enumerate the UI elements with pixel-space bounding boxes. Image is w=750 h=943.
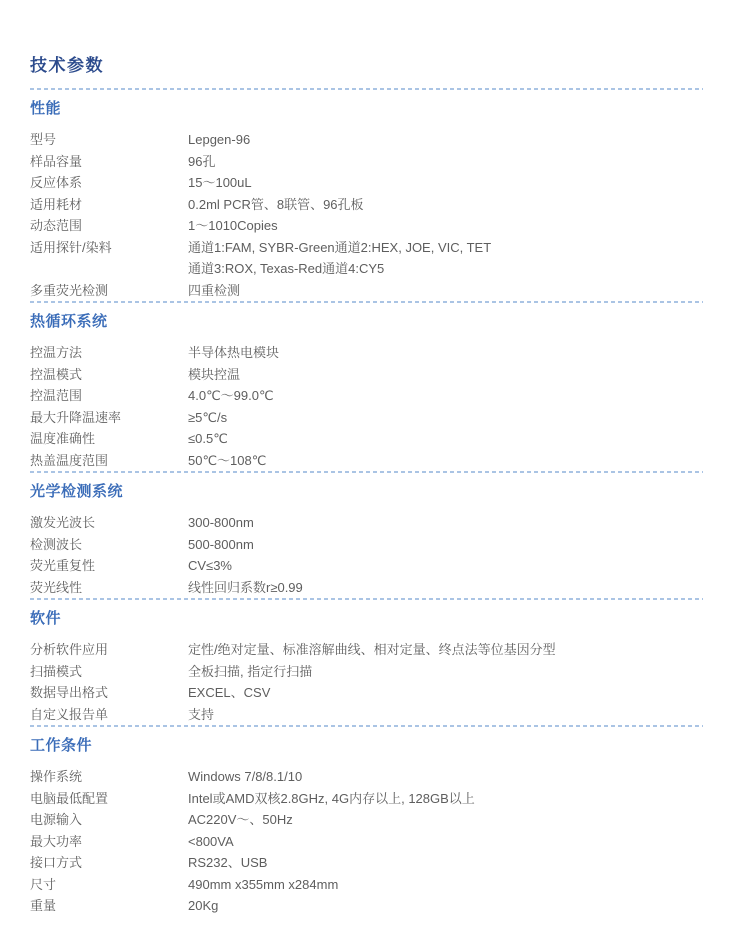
spec-value: Lepgen-96 [188,129,720,151]
spec-value: 500-800nm [188,534,720,556]
spec-label: 温度准确性 [30,428,188,450]
spec-rows: 操作系统Windows 7/8/8.1/10电脑最低配置Intel或AMD双核2… [30,766,720,917]
spec-row: 尺寸490mm x355mm x284mm [30,874,720,896]
spec-label: 型号 [30,129,188,151]
section-heading: 软件 [30,609,720,629]
spec-row: 接口方式RS232、USB [30,852,720,874]
spec-row: 温度准确性≤0.5℃ [30,428,720,450]
spec-label: 操作系统 [30,766,188,788]
spec-label: 热盖温度范围 [30,450,188,472]
section-divider [30,725,703,727]
spec-row: 操作系统Windows 7/8/8.1/10 [30,766,720,788]
spec-row: 适用耗材0.2ml PCR管、8联管、96孔板 [30,194,720,216]
spec-section: 软件分析软件应用定性/绝对定量、标准溶解曲线、相对定量、终点法等位基因分型扫描模… [30,609,720,725]
spec-label: 自定义报告单 [30,704,188,726]
spec-value: <800VA [188,831,720,853]
spec-value: ≤0.5℃ [188,428,720,450]
section-heading: 热循环系统 [30,312,720,332]
spec-row: 多重荧光检测四重检测 [30,280,720,302]
section-divider [30,598,703,600]
spec-row: 反应体系15～100uL [30,172,720,194]
title-divider [30,88,703,90]
spec-row: 控温模式模块控温 [30,364,720,386]
spec-label: 尺寸 [30,874,188,896]
spec-value: ≥5℃/s [188,407,720,429]
spec-value: 模块控温 [188,364,720,386]
spec-value: 0.2ml PCR管、8联管、96孔板 [188,194,720,216]
section-divider [30,471,703,473]
spec-value: 线性回归系数r≥0.99 [188,577,720,599]
spec-value: 490mm x355mm x284mm [188,874,720,896]
spec-value: 支持 [188,704,720,726]
spec-value: AC220V～、50Hz [188,809,720,831]
spec-value: 定性/绝对定量、标准溶解曲线、相对定量、终点法等位基因分型 [188,639,720,661]
spec-row: 动态范围1～1010Copies [30,215,720,237]
spec-value: 15～100uL [188,172,720,194]
spec-label: 扫描模式 [30,661,188,683]
spec-row: 荧光重复性CV≤3% [30,555,720,577]
section-heading: 光学检测系统 [30,482,720,502]
spec-label: 反应体系 [30,172,188,194]
spec-label: 控温范围 [30,385,188,407]
spec-label: 荧光重复性 [30,555,188,577]
spec-label: 样品容量 [30,151,188,173]
spec-rows: 分析软件应用定性/绝对定量、标准溶解曲线、相对定量、终点法等位基因分型扫描模式全… [30,639,720,725]
spec-section: 光学检测系统激发光波长300-800nm检测波长500-800nm荧光重复性CV… [30,482,720,598]
spec-row: 激发光波长300-800nm [30,512,720,534]
spec-value: Windows 7/8/8.1/10 [188,766,720,788]
spec-rows: 型号Lepgen-96样品容量96孔反应体系15～100uL适用耗材0.2ml … [30,129,720,301]
spec-row: 自定义报告单支持 [30,704,720,726]
spec-label: 控温模式 [30,364,188,386]
spec-label: 检测波长 [30,534,188,556]
spec-label: 适用探针/染料 [30,237,188,259]
spec-label: 数据导出格式 [30,682,188,704]
spec-value: 全板扫描, 指定行扫描 [188,661,720,683]
spec-value: 半导体热电模块 [188,342,720,364]
spec-page: 技术参数 性能型号Lepgen-96样品容量96孔反应体系15～100uL适用耗… [0,0,750,917]
spec-value: 1～1010Copies [188,215,720,237]
spec-label: 激发光波长 [30,512,188,534]
spec-label: 控温方法 [30,342,188,364]
spec-value: Intel或AMD双核2.8GHz, 4G内存以上, 128GB以上 [188,788,720,810]
spec-row: 扫描模式全板扫描, 指定行扫描 [30,661,720,683]
spec-value: 4.0℃～99.0℃ [188,385,720,407]
spec-section: 工作条件操作系统Windows 7/8/8.1/10电脑最低配置Intel或AM… [30,736,720,917]
spec-row: 荧光线性线性回归系数r≥0.99 [30,577,720,599]
spec-row: 检测波长500-800nm [30,534,720,556]
spec-label: 分析软件应用 [30,639,188,661]
spec-value: 300-800nm [188,512,720,534]
spec-label: 动态范围 [30,215,188,237]
spec-row: 最大功率<800VA [30,831,720,853]
spec-row: 电源输入AC220V～、50Hz [30,809,720,831]
spec-row: 热盖温度范围50℃～108℃ [30,450,720,472]
spec-value: RS232、USB [188,852,720,874]
section-heading: 工作条件 [30,736,720,756]
section-divider [30,301,703,303]
spec-label: 多重荧光检测 [30,280,188,302]
spec-label: 适用耗材 [30,194,188,216]
spec-label: 接口方式 [30,852,188,874]
section-heading: 性能 [30,99,720,119]
spec-rows: 控温方法半导体热电模块控温模式模块控温控温范围4.0℃～99.0℃最大升降温速率… [30,342,720,471]
spec-label: 最大升降温速率 [30,407,188,429]
spec-label: 电脑最低配置 [30,788,188,810]
spec-label: 荧光线性 [30,577,188,599]
spec-row: 样品容量96孔 [30,151,720,173]
spec-label: 最大功率 [30,831,188,853]
spec-row: 分析软件应用定性/绝对定量、标准溶解曲线、相对定量、终点法等位基因分型 [30,639,720,661]
spec-section: 热循环系统控温方法半导体热电模块控温模式模块控温控温范围4.0℃～99.0℃最大… [30,312,720,471]
spec-value: 50℃～108℃ [188,450,720,472]
spec-value: 通道1:FAM, SYBR-Green通道2:HEX, JOE, VIC, TE… [188,237,720,280]
spec-value: 20Kg [188,895,720,917]
page-title: 技术参数 [30,55,720,77]
spec-value: 四重检测 [188,280,720,302]
spec-label: 重量 [30,895,188,917]
spec-row: 数据导出格式EXCEL、CSV [30,682,720,704]
spec-row: 型号Lepgen-96 [30,129,720,151]
spec-row: 电脑最低配置Intel或AMD双核2.8GHz, 4G内存以上, 128GB以上 [30,788,720,810]
spec-section: 性能型号Lepgen-96样品容量96孔反应体系15～100uL适用耗材0.2m… [30,99,720,301]
spec-value: EXCEL、CSV [188,682,720,704]
spec-row: 最大升降温速率≥5℃/s [30,407,720,429]
spec-row: 控温方法半导体热电模块 [30,342,720,364]
spec-label: 电源输入 [30,809,188,831]
spec-sections: 性能型号Lepgen-96样品容量96孔反应体系15～100uL适用耗材0.2m… [30,99,720,917]
spec-value: CV≤3% [188,555,720,577]
spec-rows: 激发光波长300-800nm检测波长500-800nm荧光重复性CV≤3%荧光线… [30,512,720,598]
spec-value: 96孔 [188,151,720,173]
spec-row: 适用探针/染料通道1:FAM, SYBR-Green通道2:HEX, JOE, … [30,237,720,280]
spec-row: 控温范围4.0℃～99.0℃ [30,385,720,407]
spec-row: 重量20Kg [30,895,720,917]
